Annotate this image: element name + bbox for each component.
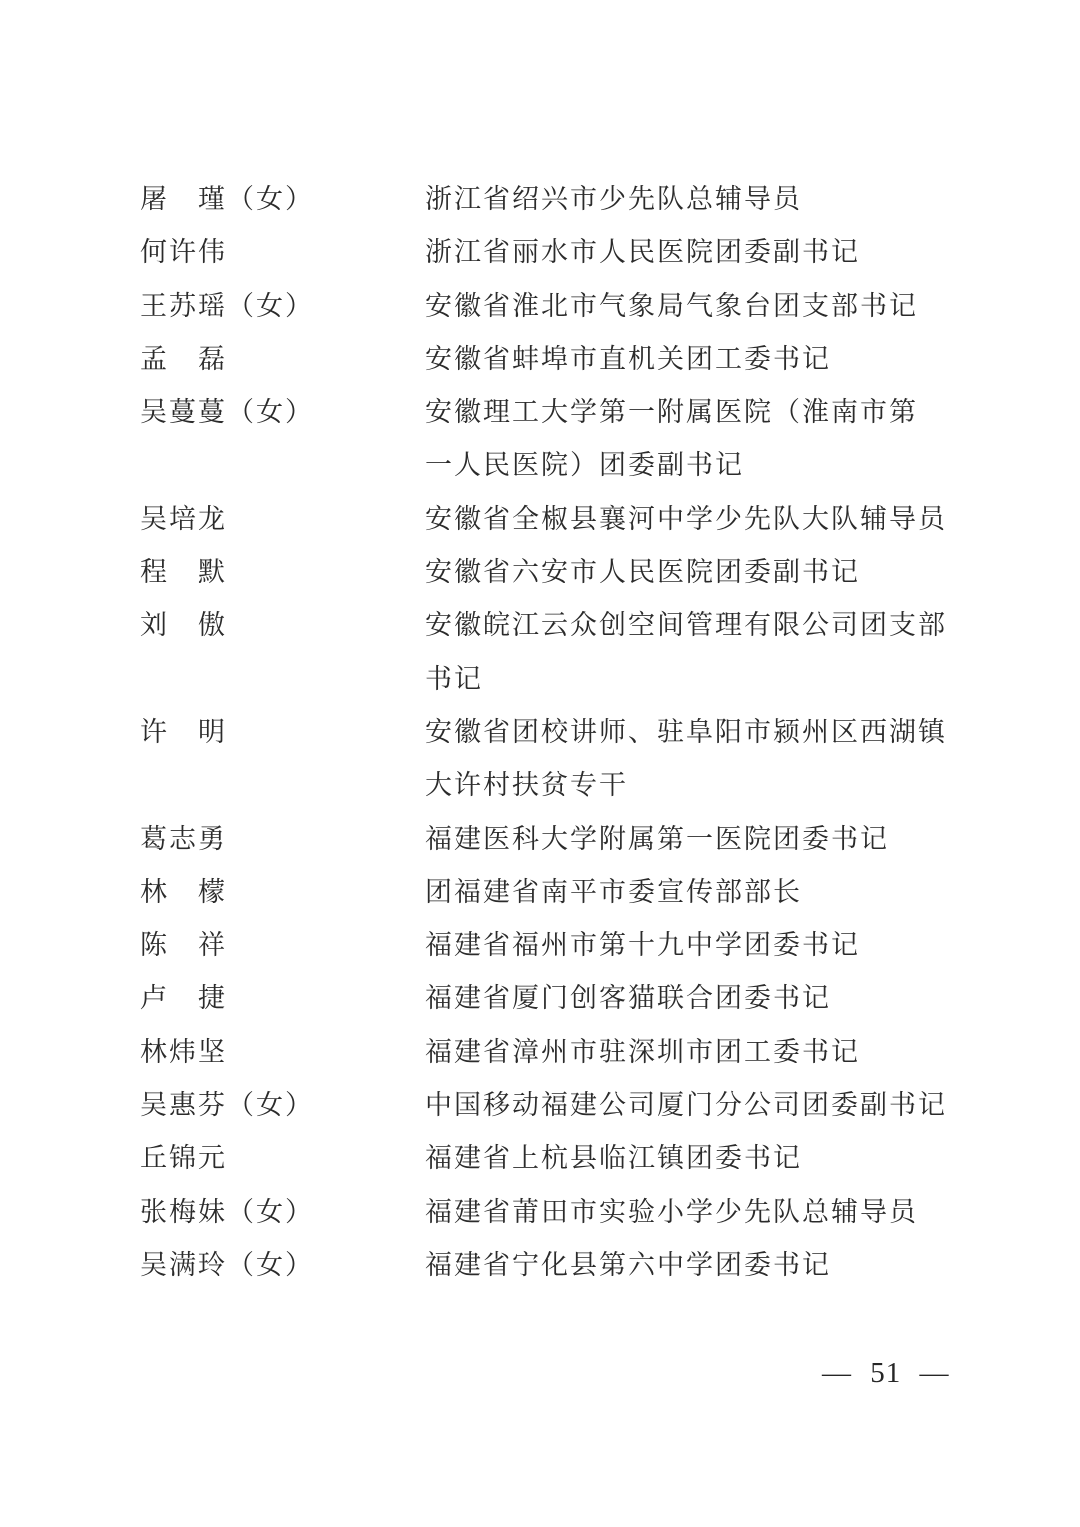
person-name: 卢 捷 [140,983,227,1013]
name-cell: 张梅妹（女） [140,1186,425,1239]
person-name: 吴惠芬 [140,1090,227,1120]
roster-entry: 屠 瑾（女） 浙江省绍兴市少先队总辅导员 [140,173,990,226]
person-name: 陈 祥 [140,930,227,960]
name-cell: 何许伟 [140,226,425,279]
person-position: 浙江省丽水市人民医院团委副书记 [425,226,990,279]
roster-entry: 吴培龙 安徽省全椒县襄河中学少先队大队辅导员 [140,493,990,546]
name-cell: 陈 祥 [140,919,425,972]
person-name: 吴培龙 [140,504,227,534]
name-cell: 林炜坚 [140,1026,425,1079]
gender-note: （女） [227,1090,314,1120]
roster-entry: 卢 捷 福建省厦门创客猫联合团委书记 [140,972,990,1025]
name-cell: 屠 瑾（女） [140,173,425,226]
person-position: 团福建省南平市委宣传部部长 [425,866,990,919]
roster-entry: 吴蔓蔓（女） 安徽理工大学第一附属医院（淮南市第 一人民医院）团委副书记 [140,386,990,493]
person-position: 安徽省蚌埠市直机关团工委书记 [425,333,990,386]
person-position: 安徽省团校讲师、驻阜阳市颍州区西湖镇 大许村扶贫专干 [425,706,990,813]
roster-entry: 许 明 安徽省团校讲师、驻阜阳市颍州区西湖镇 大许村扶贫专干 [140,706,990,813]
roster-entry: 张梅妹（女） 福建省莆田市实验小学少先队总辅导员 [140,1186,990,1239]
person-position: 安徽省淮北市气象局气象台团支部书记 [425,280,990,333]
gender-note: （女） [227,291,314,321]
person-position: 安徽皖江云众创空间管理有限公司团支部 书记 [425,599,990,706]
gender-note: （女） [227,1197,314,1227]
person-position: 福建省福州市第十九中学团委书记 [425,919,990,972]
name-cell: 葛志勇 [140,813,425,866]
person-position: 中国移动福建公司厦门分公司团委副书记 [425,1079,990,1132]
page-number: — 51 — [822,1357,950,1390]
name-cell: 刘 傲 [140,599,425,652]
name-cell: 吴培龙 [140,493,425,546]
person-name: 丘锦元 [140,1143,227,1173]
document-page: 屠 瑾（女） 浙江省绍兴市少先队总辅导员 何许伟 浙江省丽水市人民医院团委副书记… [0,0,1080,1527]
roster-entry: 葛志勇 福建医科大学附属第一医院团委书记 [140,813,990,866]
person-position: 福建医科大学附属第一医院团委书记 [425,813,990,866]
award-roster-list: 屠 瑾（女） 浙江省绍兴市少先队总辅导员 何许伟 浙江省丽水市人民医院团委副书记… [140,173,990,1292]
person-name: 张梅妹 [140,1197,227,1227]
roster-entry: 孟 磊 安徽省蚌埠市直机关团工委书记 [140,333,990,386]
person-name: 屠 瑾 [140,184,227,214]
name-cell: 王苏瑶（女） [140,280,425,333]
person-name: 林 檬 [140,877,227,907]
person-name: 王苏瑶 [140,291,227,321]
person-name: 程 默 [140,557,227,587]
name-cell: 许 明 [140,706,425,759]
roster-entry: 林 檬 团福建省南平市委宣传部部长 [140,866,990,919]
gender-note: （女） [227,1250,314,1280]
person-name: 吴满玲 [140,1250,227,1280]
roster-entry: 林炜坚 福建省漳州市驻深圳市团工委书记 [140,1026,990,1079]
page-footer: — 51 — [0,1357,1080,1401]
person-position: 福建省莆田市实验小学少先队总辅导员 [425,1186,990,1239]
roster-entry: 程 默 安徽省六安市人民医院团委副书记 [140,546,990,599]
name-cell: 卢 捷 [140,972,425,1025]
person-name: 孟 磊 [140,344,227,374]
roster-entry: 吴满玲（女） 福建省宁化县第六中学团委书记 [140,1239,990,1292]
roster-entry: 吴惠芬（女） 中国移动福建公司厦门分公司团委副书记 [140,1079,990,1132]
person-name: 许 明 [140,717,227,747]
person-position: 安徽理工大学第一附属医院（淮南市第 一人民医院）团委副书记 [425,386,990,493]
roster-entry: 王苏瑶（女） 安徽省淮北市气象局气象台团支部书记 [140,280,990,333]
person-position: 福建省上杭县临江镇团委书记 [425,1132,990,1185]
name-cell: 林 檬 [140,866,425,919]
person-name: 刘 傲 [140,610,227,640]
name-cell: 丘锦元 [140,1132,425,1185]
roster-entry: 陈 祥 福建省福州市第十九中学团委书记 [140,919,990,972]
name-cell: 孟 磊 [140,333,425,386]
person-position: 福建省宁化县第六中学团委书记 [425,1239,990,1292]
person-name: 葛志勇 [140,824,227,854]
person-name: 吴蔓蔓 [140,397,227,427]
name-cell: 程 默 [140,546,425,599]
name-cell: 吴满玲（女） [140,1239,425,1292]
name-cell: 吴惠芬（女） [140,1079,425,1132]
person-name: 何许伟 [140,237,227,267]
person-position: 安徽省六安市人民医院团委副书记 [425,546,990,599]
person-position: 安徽省全椒县襄河中学少先队大队辅导员 [425,493,990,546]
roster-entry: 丘锦元 福建省上杭县临江镇团委书记 [140,1132,990,1185]
person-position: 福建省厦门创客猫联合团委书记 [425,972,990,1025]
person-name: 林炜坚 [140,1037,227,1067]
roster-entry: 刘 傲 安徽皖江云众创空间管理有限公司团支部 书记 [140,599,990,706]
gender-note: （女） [227,184,314,214]
gender-note: （女） [227,397,314,427]
person-position: 浙江省绍兴市少先队总辅导员 [425,173,990,226]
roster-entry: 何许伟 浙江省丽水市人民医院团委副书记 [140,226,990,279]
name-cell: 吴蔓蔓（女） [140,386,425,439]
person-position: 福建省漳州市驻深圳市团工委书记 [425,1026,990,1079]
